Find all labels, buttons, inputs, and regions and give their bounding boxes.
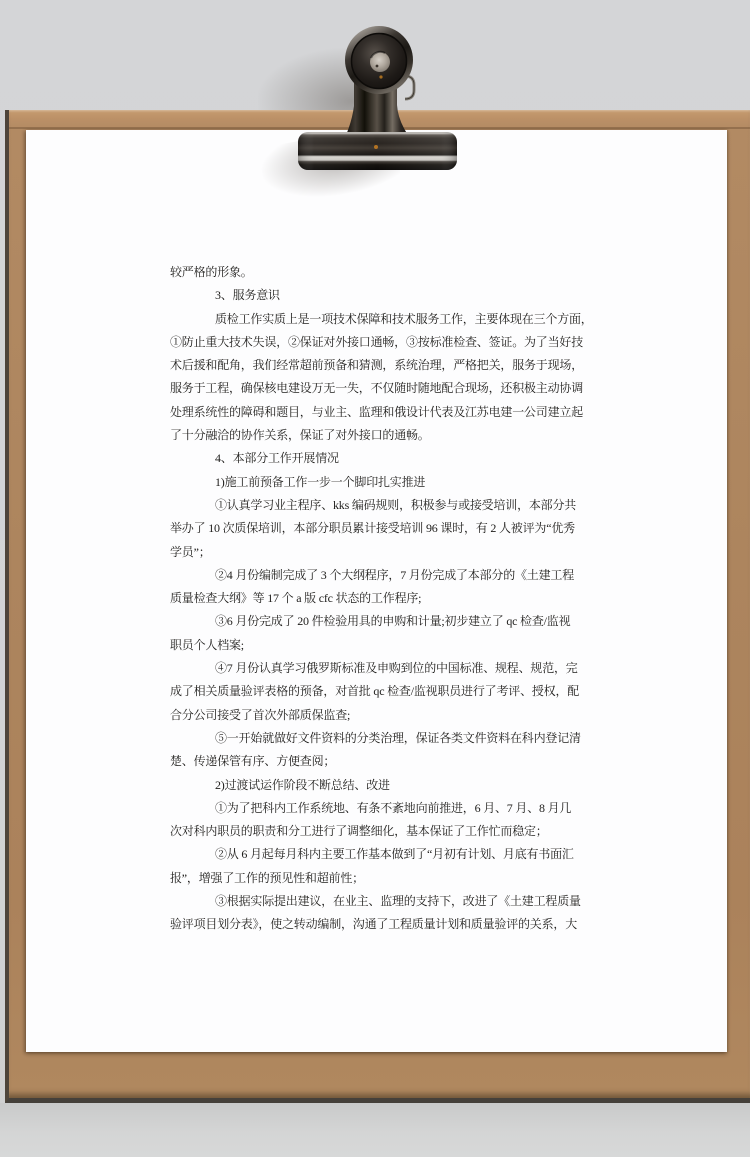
text-line: ③根据实际提出建议，在业主、监理的支持下，改进了《土建工程质量 [170, 890, 588, 913]
text-line: ①为了把科内工作系统地、有条不紊地向前推进，6 月、7 月、8 月几 [170, 797, 588, 820]
text-line: 1)施工前预备工作一步一个脚印扎实推进 [170, 471, 588, 494]
text-line: 合分公司接受了首次外部质保监查; [170, 704, 588, 727]
text-line: ③6 月份完成了 20 件检验用具的申购和计量;初步建立了 qc 检查/监视 [170, 610, 588, 633]
text-line: 质量检查大纲》等 17 个 a 版 cfc 状态的工作程序; [170, 587, 588, 610]
text-line: 楚、传递保管有序、方便查阅； [170, 750, 588, 773]
text-line: 处理系统性的障碍和题目，与业主、监理和俄设计代表及江苏电建一公司建立起 [170, 401, 588, 424]
text-line: 次对科内职员的职责和分工进行了调整细化，基本保证了工作忙而稳定； [170, 820, 588, 843]
text-line: 了十分融洽的协作关系，保证了对外接口的通畅。 [170, 424, 588, 447]
text-line: 学员”； [170, 541, 588, 564]
text-line: ②从 6 月起每月科内主要工作基本做到了“月初有计划、月底有书面汇 [170, 843, 588, 866]
text-line: 术后援和配角，我们经常超前预备和猜测，系统治理，严格把关，服务于现场， [170, 354, 588, 377]
text-line: 成了相关质量验评表格的预备，对首批 qc 检查/监视职员进行了考评、授权，配 [170, 680, 588, 703]
text-line: ②4 月份编制完成了 3 个大纲程序，7 月份完成了本部分的《土建工程 [170, 564, 588, 587]
text-line: 2)过渡试运作阶段不断总结、改进 [170, 774, 588, 797]
text-line: ⑤一开始就做好文件资料的分类治理，保证各类文件资料在科内登记清 [170, 727, 588, 750]
text-line: ①防止重大技术失误，②保证对外接口通畅，③按标准检查、签证。为了当好技 [170, 331, 588, 354]
text-line: 3、服务意识 [170, 284, 588, 307]
binder-clip-icon [288, 20, 470, 178]
text-line: 质检工作实质上是一项技术保障和技术服务工作，主要体现在三个方面， [170, 308, 588, 331]
text-line: 服务于工程，确保核电建设万无一失，不仅随时随地配合现场，还积极主动协调 [170, 377, 588, 400]
text-line: 报”，增强了工作的预见性和超前性； [170, 867, 588, 890]
text-line: 4、本部分工作开展情况 [170, 447, 588, 470]
text-line: 职员个人档案; [170, 634, 588, 657]
text-line: ①认真学习业主程序、kks 编码规则，积极参与或接受培训，本部分共 [170, 494, 588, 517]
text-line: 较严格的形象。 [170, 261, 588, 284]
text-line: 验评项目划分表》，使之转动编制，沟通了工程质量计划和质量验评的关系，大 [170, 913, 588, 936]
text-line: ④7 月份认真学习俄罗斯标准及申购到位的中国标准、规程、规范，完 [170, 657, 588, 680]
floor [0, 1103, 750, 1157]
document-body: 较严格的形象。 3、服务意识 质检工作实质上是一项技术保障和技术服务工作，主要体… [170, 261, 588, 937]
text-line: 举办了 10 次质保培训，本部分职员累计接受培训 96 课时，有 2 人被评为“… [170, 517, 588, 540]
clipboard-scene: 较严格的形象。 3、服务意识 质检工作实质上是一项技术保障和技术服务工作，主要体… [0, 0, 750, 1157]
